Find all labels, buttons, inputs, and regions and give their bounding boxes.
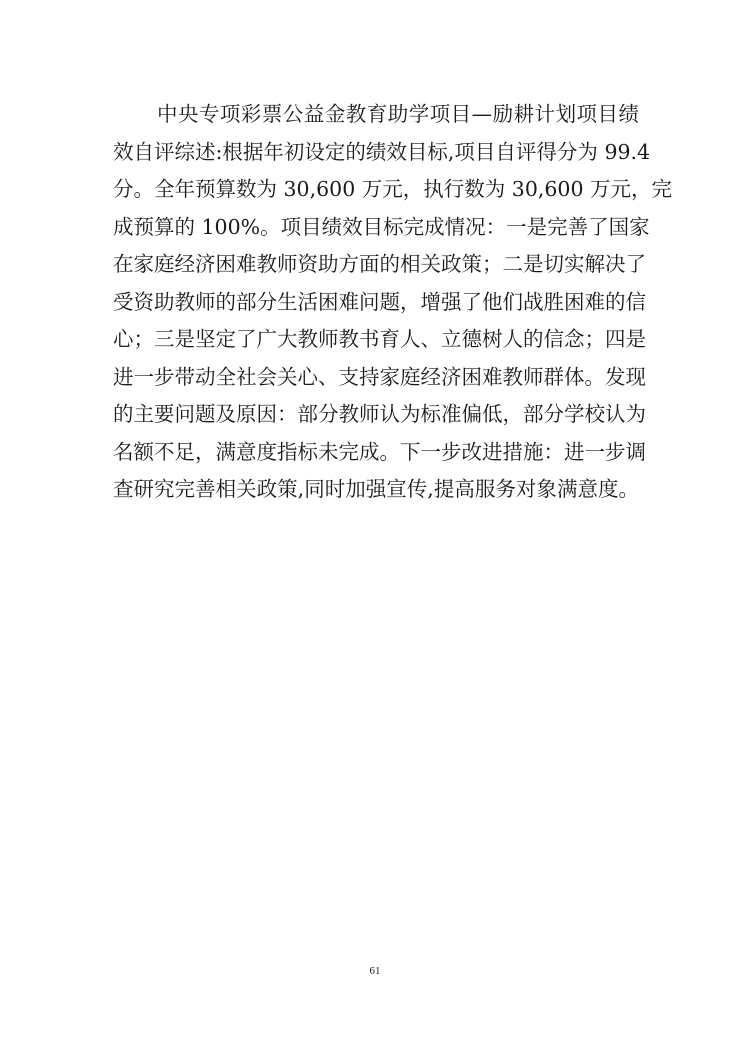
paragraph-line: 分。全年预算数为 30,600 万元，执行数为 30,600 万元，完 bbox=[113, 171, 639, 209]
paragraph-line: 的主要问题及原因：部分教师认为标准偏低，部分学校认为 bbox=[113, 396, 639, 434]
paragraph-line: 在家庭经济困难教师资助方面的相关政策；二是切实解决了 bbox=[113, 246, 639, 284]
paragraph-line: 名额不足，满意度指标未完成。下一步改进措施：进一步调 bbox=[113, 434, 639, 472]
body-paragraph: 中央专项彩票公益金教育助学项目—励耕计划项目绩 效自评综述:根据年初设定的绩效目… bbox=[113, 96, 639, 509]
paragraph-line: 效自评综述:根据年初设定的绩效目标,项目自评得分为 99.4 bbox=[113, 134, 639, 172]
paragraph-line: 查研究完善相关政策,同时加强宣传,提高服务对象满意度。 bbox=[113, 471, 639, 509]
paragraph-line: 心；三是坚定了广大教师教书育人、立德树人的信念；四是 bbox=[113, 321, 639, 359]
page-number: 61 bbox=[0, 965, 750, 977]
document-page: 中央专项彩票公益金教育助学项目—励耕计划项目绩 效自评综述:根据年初设定的绩效目… bbox=[0, 0, 750, 1060]
paragraph-line: 进一步带动全社会关心、支持家庭经济困难教师群体。发现 bbox=[113, 359, 639, 397]
paragraph-line: 成预算的 100%。项目绩效目标完成情况：一是完善了国家 bbox=[113, 209, 639, 247]
paragraph-line: 中央专项彩票公益金教育助学项目—励耕计划项目绩 bbox=[113, 96, 639, 134]
paragraph-line: 受资助教师的部分生活困难问题，增强了他们战胜困难的信 bbox=[113, 284, 639, 322]
